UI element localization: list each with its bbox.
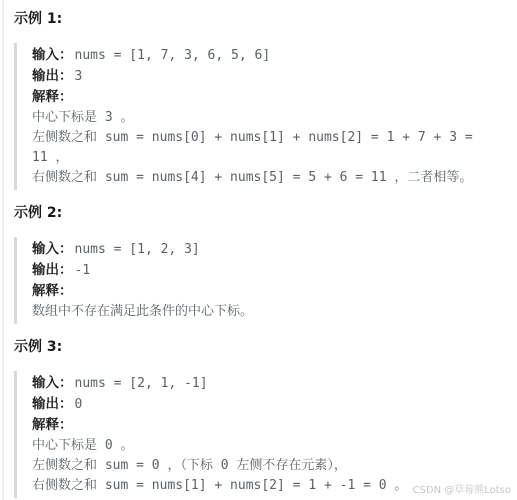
explanation-text-line: 左侧数之和 sum = 0 ，（下标 0 左侧不存在元素）， [32,456,509,476]
output-label: 输出： [32,262,73,278]
output-value: 0 [75,397,83,412]
input-value: nums = [1, 2, 3] [75,242,200,257]
output-line: 输出：0 [32,394,509,415]
example-2: 示例 2: 输入：nums = [1, 2, 3] 输出：-1 解释： 数组中不… [14,204,509,324]
input-value: nums = [2, 1, -1] [75,376,208,391]
explanation-text-line: 右侧数之和 sum = nums[4] + nums[5] = 5 + 6 = … [32,168,509,188]
explanation-text-line: 11 ， [32,148,509,168]
explanation-text-line: 中心下标是 0 。 [32,436,509,456]
explanation-line: 解释： [32,415,509,436]
input-label: 输入： [32,241,73,257]
output-label: 输出： [32,396,73,412]
explanation-label: 解释： [32,283,73,299]
input-value: nums = [1, 7, 3, 6, 5, 6] [75,48,271,63]
output-line: 输出：3 [32,66,509,87]
input-line: 输入：nums = [2, 1, -1] [32,373,509,394]
example-2-block: 输入：nums = [1, 2, 3] 输出：-1 解释： 数组中不存在满足此条… [14,237,509,324]
example-2-title: 示例 2: [14,204,509,222]
example-3-title: 示例 3: [14,338,509,356]
output-line: 输出：-1 [32,260,509,281]
example-1-title: 示例 1: [14,10,509,28]
input-line: 输入：nums = [1, 7, 3, 6, 5, 6] [32,45,509,66]
explanation-label: 解释： [32,417,73,433]
example-1: 示例 1: 输入：nums = [1, 7, 3, 6, 5, 6] 输出：3 … [14,10,509,190]
explanation-text-line: 中心下标是 3 。 [32,108,509,128]
explanation-line: 解释： [32,87,509,108]
output-label: 输出： [32,68,73,84]
input-label: 输入： [32,375,73,391]
example-3-block: 输入：nums = [2, 1, -1] 输出：0 解释： 中心下标是 0 。 … [14,371,509,498]
explanation-text-line: 数组中不存在满足此条件的中心下标。 [32,302,509,322]
input-label: 输入： [32,47,73,63]
csdn-watermark: CSDN @草莓熊Lotso [413,481,511,496]
page-left-edge-line [2,0,4,500]
explanation-text-line: 左侧数之和 sum = nums[0] + nums[1] + nums[2] … [32,128,509,148]
output-value: 3 [75,69,83,84]
problem-examples-page: 示例 1: 输入：nums = [1, 7, 3, 6, 5, 6] 输出：3 … [0,0,517,500]
explanation-line: 解释： [32,281,509,302]
example-1-block: 输入：nums = [1, 7, 3, 6, 5, 6] 输出：3 解释： 中心… [14,43,509,190]
input-line: 输入：nums = [1, 2, 3] [32,239,509,260]
output-value: -1 [75,263,91,278]
explanation-label: 解释： [32,89,73,105]
example-3: 示例 3: 输入：nums = [2, 1, -1] 输出：0 解释： 中心下标… [14,338,509,498]
